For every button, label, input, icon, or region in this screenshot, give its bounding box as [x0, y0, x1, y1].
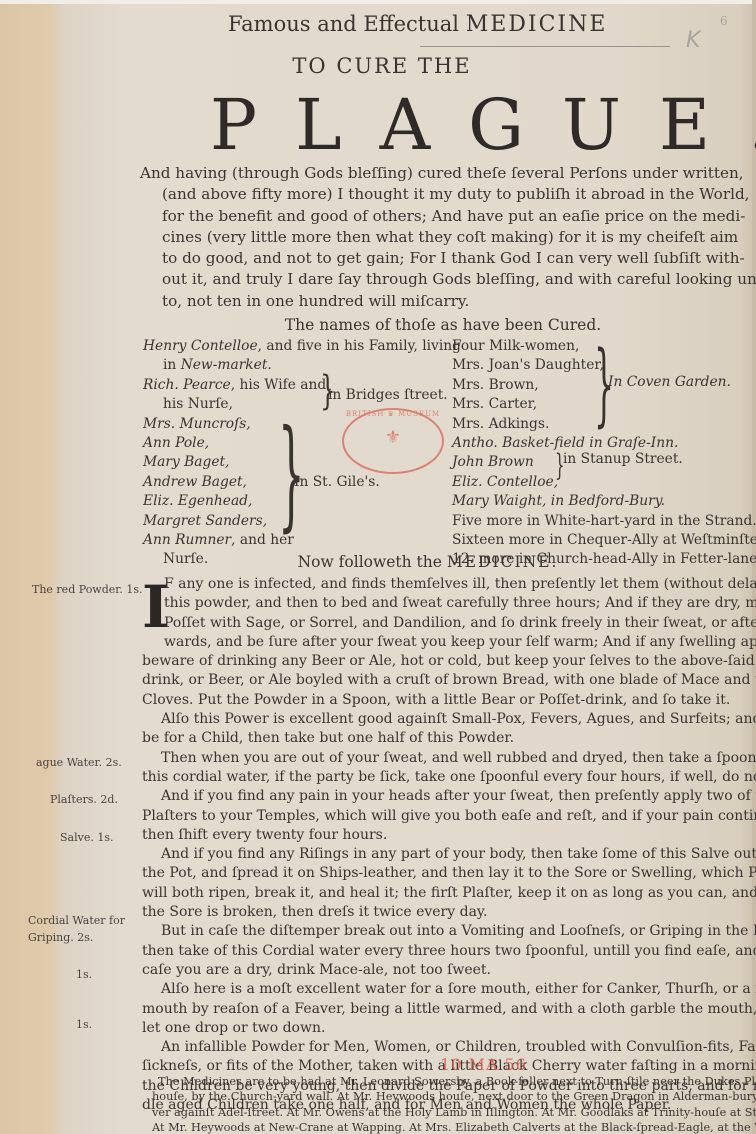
subtitle: TO CURE THE	[0, 54, 756, 78]
cured-entry: Mary Waight, in Bedford-Bury.	[452, 492, 756, 511]
footer-line: The Medicines are to be had at Mr. Leona…	[152, 1074, 756, 1089]
medicine-line: drink, or Beer, or Ale boyled with a cru…	[142, 671, 752, 690]
medicine-line: beware of drinking any Beer or Ale, hot …	[142, 652, 752, 671]
group-coven-garden: In Coven Garden.	[608, 374, 731, 390]
intro-line: And having (through Gods bleſſing) cured…	[140, 163, 752, 184]
medicine-line: F any one is infected, and finds themſel…	[142, 575, 752, 594]
cured-entry: Five more in White-hart-yard in the Stra…	[452, 512, 756, 531]
intro-line: to, not ten in one hundred will miſcarry…	[140, 291, 752, 312]
group-stanup-street: in Stanup Street.	[563, 451, 683, 467]
intro-paragraph: And having (through Gods bleſſing) cured…	[140, 163, 752, 312]
medicine-line: And if you find any Riſings in any part …	[142, 845, 752, 864]
medicine-line: then take of this Cordial water every th…	[142, 942, 752, 961]
margin-note-salve: Salve. 1s.	[60, 831, 113, 844]
group-bridges-street: in Bridges ſtreet.	[328, 387, 448, 403]
medicine-line: be for a Child, then take but one half o…	[142, 729, 752, 748]
medicine-line: Plaſters to your Temples, which will giv…	[142, 807, 752, 826]
intro-line: out it, and truly I dare ſay through God…	[140, 269, 752, 290]
medicine-line: the Sore is broken, then dreſs it twice …	[142, 903, 752, 922]
intro-line: cines (very little more then what they c…	[140, 227, 752, 248]
medicine-line: this cordial water, if the party be ſick…	[142, 768, 752, 787]
margin-note-griping: Griping. 2s.	[28, 931, 93, 944]
medicine-line: let one drop or two down.	[142, 1019, 752, 1038]
medicine-line: And if you find any pain in your heads a…	[142, 787, 752, 806]
royal-arms-icon: ⚜	[344, 428, 442, 448]
cured-entry: in New-market.	[143, 356, 461, 375]
footer-line: houſe, by the Church-yard wall. At Mr. H…	[152, 1089, 756, 1104]
margin-note-cordial-water: Cordial Water for	[28, 914, 125, 927]
title-caps: MEDICINE	[466, 12, 608, 37]
intro-line: to do good, and not to get gain; For I t…	[140, 248, 752, 269]
pencil-underline	[420, 46, 670, 47]
main-title: PLAGUE.	[210, 84, 756, 166]
medicine-line: then ſhift every twenty four hours.	[142, 826, 752, 845]
medicine-line: Cloves. Put the Powder in a Spoon, with …	[142, 691, 752, 710]
margin-note-ague-water: ague Water. 2s.	[36, 756, 122, 769]
medicine-line: Then when you are out of your ſweat, and…	[142, 749, 752, 768]
medicine-text: F any one is infected, and finds themſel…	[142, 575, 752, 1115]
cured-entry: Sixteen more in Chequer-Ally at Weſtminſ…	[452, 531, 756, 550]
medicine-line: will both ripen, break it, and heal it; …	[142, 884, 752, 903]
medicine-line: the Pot, and ſpread it on Ships-leather,…	[142, 864, 752, 883]
medicine-line: mouth by reaſon of a Feaver, being a lit…	[142, 1000, 752, 1019]
margin-note-plasters: Plaſters. 2d.	[50, 793, 118, 806]
cured-entry: Eliz. Contelloe,	[452, 473, 756, 492]
acquisition-date-stamp: 10 MA 56	[440, 1055, 527, 1074]
pencil-mark: K	[686, 28, 700, 53]
margin-note-red-powder: The red Powder. 1s.	[32, 583, 142, 596]
medicine-line: But in caſe the diſtemper break out into…	[142, 922, 752, 941]
medicine-heading: Now followeth the MEDICINE.	[0, 553, 756, 571]
british-museum-stamp: BRITISH ♛ MUSEUM ⚜	[342, 408, 444, 474]
cured-heading: The names of thoſe as have been Cured.	[0, 316, 756, 334]
stamp-text: BRITISH ♛ MUSEUM	[344, 410, 442, 418]
medicine-line: Poſſet with Sage, or Sorrel, and Dandili…	[142, 614, 752, 633]
footer-line: At Mr. Heywoods at New-Crane at Wapping.…	[152, 1120, 756, 1134]
medicine-line: wards, and be ſure after your ſweat you …	[142, 633, 752, 652]
footer-stockists: The Medicines are to be had at Mr. Leona…	[152, 1074, 756, 1134]
margin-note-infallible-powder: 1s.	[76, 1018, 92, 1031]
medicine-line: Alſo this Power is excellent good againſ…	[142, 710, 752, 729]
title-prefix: Famous and Effectual	[228, 12, 459, 36]
pencil-superscript: 6	[720, 14, 728, 28]
margin-note-mouth-water: 1s.	[76, 968, 92, 981]
group-st-giles: In St. Gile's.	[294, 474, 380, 490]
intro-line: for the benefit and good of others; And …	[140, 206, 752, 227]
medicine-line: Alſo here is a moſt excellent water for …	[142, 980, 752, 999]
intro-line: (and above fifty more) I thought it my d…	[140, 184, 752, 205]
medicine-line: this powder, and then to bed and ſweat c…	[142, 594, 752, 613]
title-line-1: Famous and Effectual MEDICINE	[228, 12, 607, 37]
medicine-line: caſe you are a dry, drink Mace-ale, not …	[142, 961, 752, 980]
cured-entry: Henry Contelloe, and five in his Family,…	[143, 337, 461, 356]
footer-line: ver againſt Adel-ſtreet. At Mr. Owens at…	[152, 1105, 756, 1120]
